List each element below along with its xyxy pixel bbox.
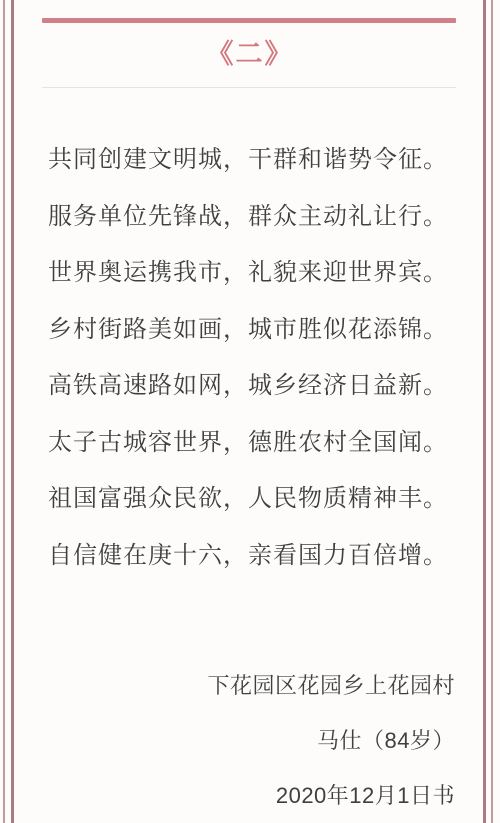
- poem-line: 祖国富强众民欲，人民物质精神丰。: [0, 471, 500, 528]
- top-accent-bar: [42, 18, 456, 23]
- poem-line: 共同创建文明城，干群和谐势令征。: [0, 132, 500, 189]
- attribution-block: 下花园区花园乡上花园村 马仕（84岁） 2020年12月1日书: [0, 658, 500, 823]
- poem-line: 世界奥运携我市，礼貌来迎世界宾。: [0, 245, 500, 302]
- poem-line: 乡村街路美如画，城市胜似花添锦。: [0, 302, 500, 359]
- title-separator: [42, 87, 456, 88]
- attribution-author: 马仕（84岁）: [0, 713, 500, 768]
- poem-line: 太子古城容世界，德胜农村全国闻。: [0, 415, 500, 472]
- attribution-village: 下花园区花园乡上花园村: [0, 658, 500, 713]
- poem-page: 《二》 共同创建文明城，干群和谐势令征。 服务单位先锋战，群众主动礼让行。 世界…: [0, 0, 500, 823]
- page-title: 《二》: [0, 32, 500, 71]
- poem-line: 高铁高速路如网，城乡经济日益新。: [0, 358, 500, 415]
- poem-line: 自信健在庚十六，亲看国力百倍增。: [0, 528, 500, 585]
- poem-body: 共同创建文明城，干群和谐势令征。 服务单位先锋战，群众主动礼让行。 世界奥运携我…: [0, 132, 500, 584]
- attribution-date: 2020年12月1日书: [0, 768, 500, 823]
- poem-line: 服务单位先锋战，群众主动礼让行。: [0, 189, 500, 246]
